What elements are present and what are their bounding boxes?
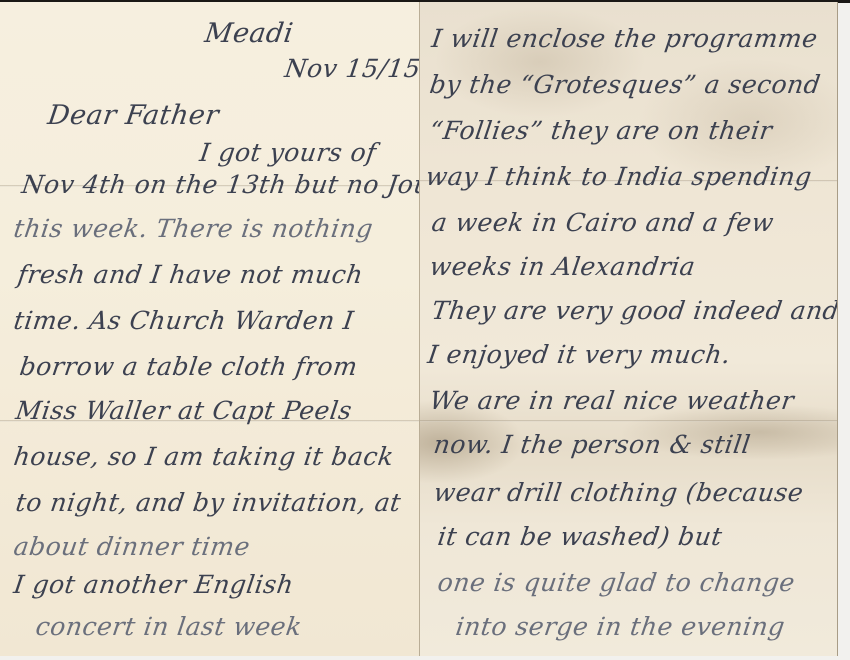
letter-line: way I think to India spending (424, 162, 814, 191)
letter-line: concert in last week (34, 612, 304, 641)
letter-line: about dinner time (12, 532, 252, 561)
letter-line: house, so I am taking it back (12, 442, 396, 471)
letter-place: Meadi (203, 18, 295, 49)
letter-line: by the “Grotesques” a second (428, 70, 823, 99)
letter-line: time. As Church Warden I (12, 306, 356, 335)
letter-line: to night, and by invitation, at (14, 488, 403, 517)
letter-line: fresh and I have not much (16, 260, 365, 289)
letter-line: one is quite glad to change (436, 568, 797, 597)
letter-line: borrow a table cloth from (18, 352, 360, 381)
letter-line: We are in real nice weather (428, 386, 796, 415)
letter-date: Nov 15/15. (283, 54, 420, 83)
letter-page-right: I will enclose the programme by the “Gro… (420, 2, 838, 656)
letter-line: wear drill clothing (because (432, 478, 805, 507)
letter-line: I got yours of (198, 138, 378, 167)
letter-line: it can be washed) but (436, 522, 724, 551)
letter-line: this week. There is nothing (12, 214, 375, 243)
letter-line: now. I the person & still (432, 430, 753, 459)
letter-line: They are very good indeed and (430, 296, 838, 325)
letter-page-left: Meadi Nov 15/15. Dear Father I got yours… (0, 2, 420, 656)
letter-line: into serge in the evening (454, 612, 787, 641)
letter-line: I will enclose the programme (430, 24, 820, 53)
letter-line: I enjoyed it very much. (426, 340, 733, 369)
letter-line: Nov 4th on the 13th but no Journal (20, 170, 420, 199)
fold-crease-horizontal (420, 420, 837, 422)
letter-line: a week in Cairo and a few (430, 208, 776, 237)
letter-line: Miss Waller at Capt Peels (14, 396, 354, 425)
letter-salutation: Dear Father (46, 100, 221, 131)
letter-line: weeks in Alexandria (428, 252, 697, 281)
letter-line: “Follies” they are on their (428, 116, 774, 145)
letter-line: I got another English (12, 570, 296, 599)
